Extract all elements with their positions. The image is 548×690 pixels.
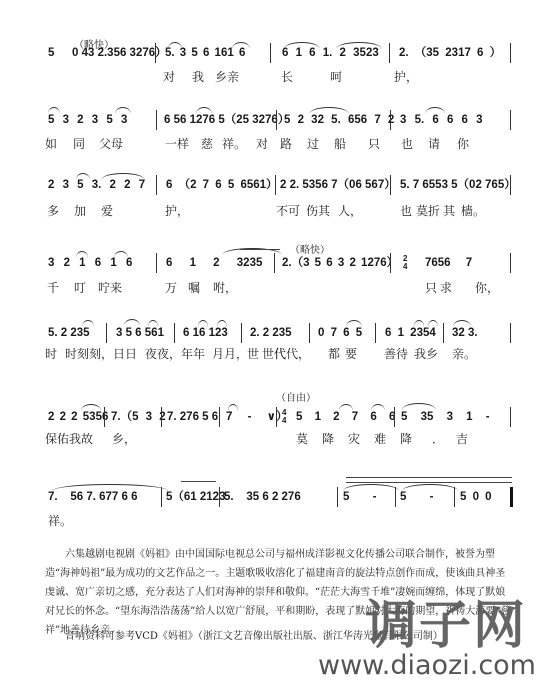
barline (510, 175, 511, 195)
time-signature: 24 (403, 255, 407, 271)
lyric: 夜夜， (145, 347, 181, 361)
notation-segment: 3 5. 6 6 6 3 (400, 113, 483, 127)
lyric: 过 (307, 137, 319, 151)
lyric: 船 (334, 137, 346, 151)
lyric: 也 (401, 137, 413, 151)
lyric: ． (432, 432, 444, 446)
notation-segment: 2 3 5 3. 2 2 7 (48, 178, 145, 192)
lyric: 祥。 (222, 137, 246, 151)
slur (428, 320, 438, 327)
notation-segment: 2.（3 5 6 3 2 1276） (282, 256, 398, 270)
lyric: 祥。 (48, 514, 72, 528)
tie-line (240, 249, 280, 250)
lyric: 护， (165, 204, 189, 218)
slur (217, 320, 227, 327)
barline (156, 253, 157, 273)
barline (394, 407, 395, 427)
lyric: 只 (368, 137, 380, 151)
barline (510, 253, 511, 273)
lyric: 一样 (165, 137, 189, 151)
lyric: 你 (457, 137, 469, 151)
lyric: 咐， (213, 281, 237, 295)
notation-segment: 32 3. (452, 326, 478, 340)
slur (402, 484, 458, 491)
lyric: 伤其 (306, 204, 330, 218)
lyric: 吉 (456, 432, 468, 446)
slur (453, 320, 471, 327)
lyric: 亲。 (452, 347, 476, 361)
notation-segment: 5 (48, 46, 54, 60)
notation-segment: 5 2 32 5. 656 7 2 (284, 113, 394, 127)
lyric: 樯。 (461, 204, 485, 218)
lyric: 叮 (74, 281, 86, 295)
notation-segment: 5 - (400, 490, 433, 504)
slur (101, 173, 145, 180)
lyric: 加 (74, 204, 86, 218)
lyric: 莫折 (416, 204, 440, 218)
slur (115, 107, 131, 114)
slur (76, 173, 90, 180)
barline (156, 175, 157, 195)
slur (114, 251, 128, 258)
notation-segment: 2 2 2 5356 (48, 410, 108, 424)
lyric: 其 (443, 204, 455, 218)
notation-segment: 6 （2 7 6 5 6561） (166, 178, 278, 192)
notation-segment: 2. 2 235 (250, 326, 292, 340)
slur (343, 484, 399, 491)
barline (270, 43, 271, 63)
slur (228, 404, 238, 411)
lyric: 降 (400, 432, 412, 446)
lyric: 求 (440, 281, 452, 295)
notation-segment: 5. 35 6 2 276 (224, 490, 301, 504)
slur (232, 42, 250, 49)
notation-segment: 5 - (343, 490, 376, 504)
lyric: 多 (47, 204, 59, 218)
lyric: 请 (428, 137, 440, 151)
lyric: 保佑我故 (45, 432, 93, 446)
barline (375, 323, 376, 343)
notation-segment: 3 2 1 6 1 6 (48, 256, 132, 270)
barline (510, 110, 511, 130)
lyric: 乡亲 (215, 70, 239, 84)
barline (276, 110, 277, 130)
barline (390, 175, 391, 195)
lyric: 千 (47, 281, 59, 295)
notation-segment: 5. 2 235 (48, 326, 90, 340)
lyric: 降 (322, 432, 334, 446)
lyric: 爱 (101, 204, 113, 218)
slur (309, 107, 349, 114)
slur (425, 107, 445, 114)
barline (219, 487, 220, 507)
slur (284, 42, 320, 49)
notation-segment: 5 0 0 (460, 490, 492, 504)
barline (106, 323, 107, 343)
barline (161, 487, 162, 507)
lyric: 都 (328, 347, 340, 361)
watermark-logo: 调子网 (365, 583, 527, 658)
lyric: 路 (280, 137, 292, 151)
notation-segment: 7.（5 3 2 (111, 410, 166, 424)
slur (168, 42, 182, 49)
lyric: 慈 (201, 137, 213, 151)
slur (346, 320, 362, 327)
barline (443, 323, 444, 343)
notation-segment: 3 5 6 561 (116, 326, 164, 340)
crescendo-line (181, 481, 216, 482)
slur (148, 320, 158, 327)
barline (390, 110, 391, 130)
slur (124, 319, 140, 326)
notation-segment: 5 35 3 1 - (401, 410, 490, 424)
lyric: 人， (338, 204, 362, 218)
barline (156, 110, 157, 130)
barline (309, 323, 310, 343)
slur (81, 404, 101, 411)
barline (337, 487, 338, 507)
barline (155, 43, 156, 63)
lyric: 只 (425, 281, 437, 295)
barline (510, 407, 511, 427)
lyric: 时 (45, 347, 57, 361)
lyric: 咛来 (98, 281, 122, 295)
lyric: 呵 (330, 70, 342, 84)
slur (82, 320, 94, 327)
slur (198, 320, 208, 327)
lyric: 时刻 (65, 347, 89, 361)
slur (196, 107, 212, 114)
slur (48, 107, 60, 114)
lyric: 对 (256, 137, 268, 151)
tempo-marking: （略快） (290, 241, 330, 256)
lyric: 护， (394, 70, 418, 84)
barline (275, 175, 276, 195)
lyric: 难 (374, 432, 386, 446)
barline (389, 43, 390, 63)
notation-segment: 7656 7 (425, 256, 472, 270)
lyric: 嘱 (188, 281, 200, 295)
notation-segment: 5. 7 6553 5（02 765） (400, 178, 516, 192)
notation-segment: 6 16 123 (183, 326, 228, 340)
notation-segment: 7. 276 5 6 (167, 410, 218, 424)
barline (241, 323, 242, 343)
slur (76, 251, 88, 258)
notation-segment: 0 43 2.356 3276） (72, 46, 167, 60)
lyric: 灾 (348, 432, 360, 446)
lyric: 也 (400, 204, 412, 218)
barline (219, 407, 220, 427)
barline (510, 323, 511, 343)
lyric: 我乡 (414, 347, 438, 361)
notation-segment: 0 7 6 5 (318, 326, 362, 340)
crescendo-line (346, 477, 512, 478)
lyric: 善待 (384, 347, 408, 361)
lyric: 乡， (112, 432, 136, 446)
lyric: 刻， (89, 347, 113, 361)
slur (371, 404, 385, 411)
lyric: 长 (281, 70, 293, 84)
lyric: 你， (475, 281, 499, 295)
slur (339, 404, 353, 411)
notation-segment: 5 3 2 3 5 3 (48, 113, 127, 127)
lyric: 对 (163, 70, 175, 84)
barline (276, 407, 277, 427)
slur (402, 403, 436, 410)
watermark-url: www.diaozi.com (318, 650, 536, 681)
lyric: 如 (45, 137, 57, 151)
notation-segment: 7. 56 7. 677 6 6 (48, 490, 138, 504)
notation-segment: 5（61 2123 (166, 490, 225, 504)
barline (161, 407, 162, 427)
lyric: 我 (192, 70, 204, 84)
lyric: 不可 (276, 204, 300, 218)
notation-segment: 6 56 1276 5（25 3276） (164, 113, 289, 127)
lyric: 同 (73, 137, 85, 151)
notation-segment: 6 1 2354 (385, 326, 436, 340)
final-barline (510, 487, 513, 507)
lyric: 世 (247, 347, 259, 361)
lyric: 父母 (99, 137, 123, 151)
lyric: 莫 (296, 432, 308, 446)
lyric: 年年 (181, 347, 205, 361)
notation-segment: 7 - ∨） (226, 410, 287, 424)
barline (390, 253, 391, 273)
slur (336, 42, 382, 49)
lyric: 月月， (212, 347, 248, 361)
notation-segment: 6 1 2 3235 (166, 256, 262, 270)
barline (274, 253, 275, 273)
crescendo-line (346, 482, 512, 483)
lyric: 要 (345, 347, 357, 361)
barline (174, 323, 175, 343)
notation-segment: 2 2. 5356 7（06 567） (280, 178, 396, 192)
time-signature: 44 (282, 409, 286, 425)
tempo-marking: （自由） (276, 389, 316, 404)
barline (104, 407, 105, 427)
lyric: 日日 (113, 347, 137, 361)
lyric: 代代， (274, 347, 310, 361)
notation-segment: 5 1 2 7 6 6 (296, 410, 395, 424)
lyric: 万 (165, 281, 177, 295)
barline (510, 43, 511, 63)
notation-segment: 2. （35 2317 6 ） (399, 46, 501, 60)
slur (414, 320, 424, 327)
